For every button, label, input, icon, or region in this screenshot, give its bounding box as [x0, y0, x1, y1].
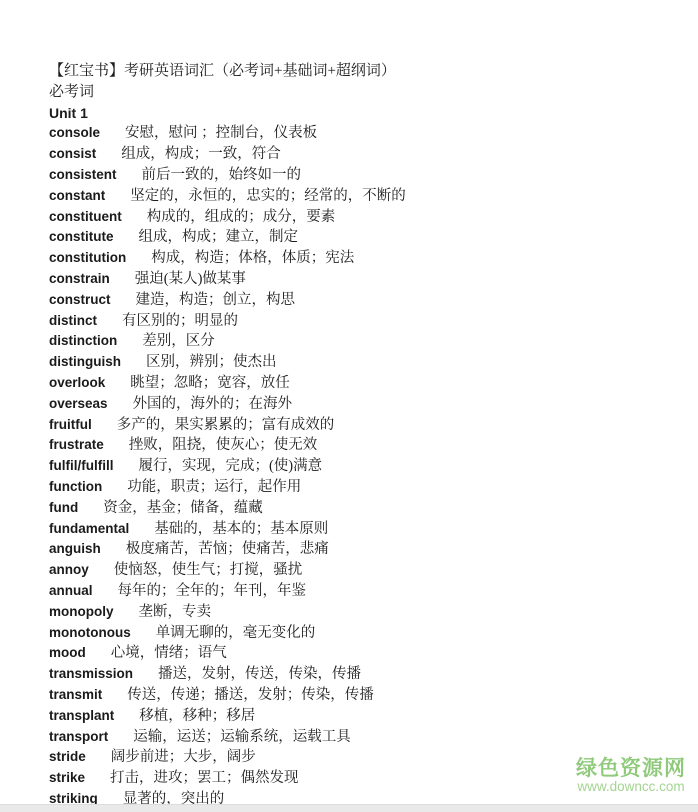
word-definition: 每年的；全年的；年刊，年鉴	[118, 583, 307, 599]
word-definition: 移植，移种；移居	[139, 708, 255, 724]
word-definition: 多产的，果实累累的；富有成效的	[117, 417, 335, 433]
word-english: constitute	[49, 227, 114, 248]
word-english: anguish	[49, 539, 101, 560]
word-english: stride	[49, 747, 86, 768]
word-definition: 外国的，海外的；在海外	[133, 396, 293, 412]
word-english: transplant	[49, 706, 114, 727]
word-row: consist组成，构成；一致，符合	[49, 144, 688, 165]
word-definition: 垄断，专卖	[139, 604, 212, 620]
word-row: consistent前后一致的，始终如一的	[49, 165, 688, 186]
word-english: constitution	[49, 248, 126, 269]
vocabulary-content: 【红宝书】考研英语词汇（必考词+基础词+超纲词） 必考词 Unit 1 cons…	[49, 61, 688, 810]
word-definition: 区别，辨别；使杰出	[146, 354, 277, 370]
word-definition: 组成，构成；建立，制定	[139, 229, 299, 245]
word-definition: 构成，构造；体格，体质；宪法	[151, 250, 354, 266]
word-definition: 构成的，组成的；成分，要素	[147, 209, 336, 225]
word-english: consistent	[49, 165, 117, 186]
word-row: constant坚定的，永恒的，忠实的；经常的，不断的	[49, 186, 688, 207]
word-row: annual每年的；全年的；年刊，年鉴	[49, 581, 688, 602]
word-english: distinction	[49, 331, 117, 352]
word-english: overlook	[49, 373, 105, 394]
word-row: mood心境，情绪；语气	[49, 643, 688, 664]
word-english: fund	[49, 498, 78, 519]
word-row: frustrate挫败，阻挠，使灰心；使无效	[49, 435, 688, 456]
word-definition: 打击，进攻；罢工；偶然发现	[110, 770, 299, 786]
word-row: fund资金，基金；储备，蕴藏	[49, 498, 688, 519]
word-row: function功能，职责；运行，起作用	[49, 477, 688, 498]
word-row: fruitful多产的，果实累累的；富有成效的	[49, 415, 688, 436]
word-definition: 基础的，基本的；基本原则	[154, 521, 328, 537]
word-row: console安慰，慰问 ；控制台，仪表板	[49, 123, 688, 144]
word-row: fulfil/fulfill履行，实现，完成；(使)满意	[49, 456, 688, 477]
word-english: fruitful	[49, 415, 92, 436]
word-category-label: 必考词	[49, 82, 688, 103]
word-english: annoy	[49, 560, 89, 581]
word-english: transmission	[49, 664, 133, 685]
word-definition: 安慰，慰问 ；控制台，仪表板	[125, 125, 317, 141]
word-english: distinct	[49, 311, 97, 332]
word-definition: 极度痛苦，苦恼；使痛苦，悲痛	[126, 541, 329, 557]
word-row: monotonous单调无聊的，毫无变化的	[49, 623, 688, 644]
word-row: distinct有区别的；明显的	[49, 311, 688, 332]
watermark-site-name: 绿色资源网	[576, 757, 686, 780]
word-row: constitution构成，构造；体格，体质；宪法	[49, 248, 688, 269]
word-english: fulfil/fulfill	[49, 456, 113, 477]
document-title: 【红宝书】考研英语词汇（必考词+基础词+超纲词）	[49, 61, 688, 82]
watermark-site-url: www.downcc.com	[576, 780, 686, 795]
word-definition: 功能，职责；运行，起作用	[127, 479, 301, 495]
word-english: transmit	[49, 685, 102, 706]
document-page: 【红宝书】考研英语词汇（必考词+基础词+超纲词） 必考词 Unit 1 cons…	[0, 0, 698, 812]
word-definition: 坚定的，永恒的，忠实的；经常的，不断的	[130, 188, 406, 204]
word-definition: 差别，区分	[142, 333, 215, 349]
word-english: annual	[49, 581, 93, 602]
word-english: distinguish	[49, 352, 121, 373]
word-english: transport	[49, 727, 108, 748]
word-definition: 建造，构造；创立，构思	[136, 292, 296, 308]
word-definition: 单调无聊的，毫无变化的	[156, 625, 316, 641]
word-english: monotonous	[49, 623, 131, 644]
site-watermark: 绿色资源网 www.downcc.com	[576, 757, 686, 795]
word-row: constituent构成的，组成的；成分，要素	[49, 207, 688, 228]
unit-heading: Unit 1	[49, 103, 688, 124]
word-row: transmit传送，传递；播送，发射；传染，传播	[49, 685, 688, 706]
word-english: mood	[49, 643, 86, 664]
word-english: function	[49, 477, 102, 498]
word-row: transplant移植，移种；移居	[49, 706, 688, 727]
word-english: monopoly	[49, 602, 114, 623]
word-row: fundamental基础的，基本的；基本原则	[49, 519, 688, 540]
word-definition: 强迫(某人)做某事	[135, 271, 246, 287]
word-row: constitute组成，构成；建立，制定	[49, 227, 688, 248]
word-definition: 前后一致的，始终如一的	[142, 167, 302, 183]
word-english: overseas	[49, 394, 108, 415]
word-english: construct	[49, 290, 111, 311]
word-definition: 眺望；忽略；宽容，放任	[130, 375, 290, 391]
word-row: monopoly垄断，专卖	[49, 602, 688, 623]
word-row: distinction差别，区分	[49, 331, 688, 352]
word-english: strike	[49, 768, 85, 789]
word-definition: 组成，构成；一致，符合	[121, 146, 281, 162]
word-definition: 心境，情绪；语气	[111, 645, 227, 661]
word-english: console	[49, 123, 100, 144]
word-row: construct建造，构造；创立，构思	[49, 290, 688, 311]
word-english: constrain	[49, 269, 110, 290]
word-definition: 阔步前进；大步，阔步	[111, 749, 256, 765]
word-definition: 履行，实现，完成；(使)满意	[138, 458, 322, 474]
word-definition: 资金，基金；储备，蕴藏	[103, 500, 263, 516]
word-definition: 使恼怒，使生气；打搅，骚扰	[114, 562, 303, 578]
word-row: annoy使恼怒，使生气；打搅，骚扰	[49, 560, 688, 581]
word-definition: 传送，传递；播送，发射；传染，传播	[127, 687, 374, 703]
word-english: constituent	[49, 207, 122, 228]
word-definition: 有区别的；明显的	[122, 313, 238, 329]
word-row: transport运输，运送；运输系统，运载工具	[49, 727, 688, 748]
word-row: overseas外国的，海外的；在海外	[49, 394, 688, 415]
word-definition: 播送，发射，传送，传染，传播	[158, 666, 361, 682]
word-row: overlook眺望；忽略；宽容，放任	[49, 373, 688, 394]
word-row: anguish极度痛苦，苦恼；使痛苦，悲痛	[49, 539, 688, 560]
word-english: constant	[49, 186, 105, 207]
word-definition: 挫败，阻挠，使灰心；使无效	[129, 437, 318, 453]
word-row: constrain强迫(某人)做某事	[49, 269, 688, 290]
bottom-edge-strip	[0, 804, 698, 812]
word-definition: 运输，运送；运输系统，运载工具	[133, 729, 351, 745]
word-english: fundamental	[49, 519, 129, 540]
word-row: distinguish区别，辨别；使杰出	[49, 352, 688, 373]
word-row: transmission播送，发射，传送，传染，传播	[49, 664, 688, 685]
word-english: consist	[49, 144, 96, 165]
word-english: frustrate	[49, 435, 104, 456]
word-list: console安慰，慰问 ；控制台，仪表板 consist组成，构成；一致，符合…	[49, 123, 688, 809]
